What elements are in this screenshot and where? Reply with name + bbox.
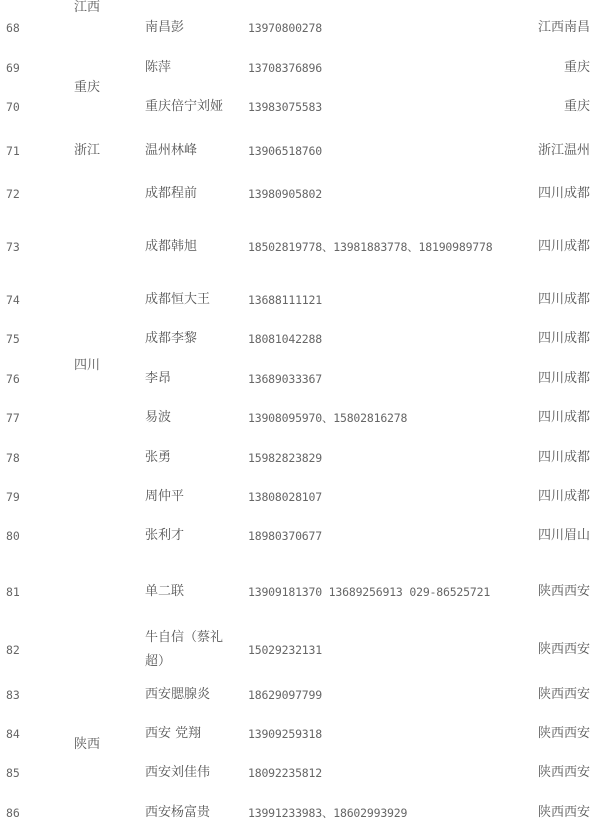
location: 江西南昌: [538, 19, 590, 37]
contact-name: 西安 党翔: [145, 725, 201, 743]
location: 四川成都: [538, 238, 590, 256]
contact-name: 张勇: [145, 449, 171, 467]
row-number: 76: [6, 370, 20, 388]
contact-name: 成都恒大王: [145, 291, 210, 309]
phone-number: 13689033367: [248, 370, 322, 388]
contact-name: 温州林峰: [145, 142, 197, 160]
row-number: 81: [6, 583, 20, 601]
province-label: 浙江: [74, 142, 100, 160]
contact-name: 单二联: [145, 583, 184, 601]
row-number: 78: [6, 449, 20, 467]
row-number: 86: [6, 804, 20, 822]
contact-name: 张利才: [145, 527, 184, 545]
phone-number: 13970800278: [248, 19, 322, 37]
contact-name: 成都韩旭: [145, 238, 197, 256]
location: 四川成都: [538, 488, 590, 506]
phone-number: 13688111121: [248, 291, 322, 309]
location: 陕西西安: [538, 804, 590, 822]
row-number: 80: [6, 527, 20, 545]
row-number: 71: [6, 142, 20, 160]
contact-name: 重庆倍宁刘娅: [145, 98, 223, 116]
location: 重庆: [564, 98, 590, 116]
row-number: 69: [6, 59, 20, 77]
phone-number: 18629097799: [248, 686, 322, 704]
phone-number: 15029232131: [248, 641, 322, 659]
location: 四川成都: [538, 185, 590, 203]
row-number: 77: [6, 409, 20, 427]
row-number: 73: [6, 238, 20, 256]
province-label: 重庆: [74, 79, 100, 97]
phone-number: 13808028107: [248, 488, 322, 506]
phone-number: 13983075583: [248, 98, 322, 116]
contact-name: 南昌彭: [145, 19, 184, 37]
province-label: 陕西: [74, 736, 100, 754]
contact-name: 成都李黎: [145, 330, 197, 348]
row-number: 74: [6, 291, 20, 309]
location: 四川成都: [538, 330, 590, 348]
location: 四川成都: [538, 291, 590, 309]
row-number: 70: [6, 98, 20, 116]
contact-name: 西安刘佳伟: [145, 764, 210, 782]
contact-name: 西安杨富贵: [145, 804, 210, 822]
row-number: 79: [6, 488, 20, 506]
contact-name: 成都程前: [145, 185, 197, 203]
phone-number: 13908095970、15802816278: [248, 409, 407, 427]
location: 四川眉山: [538, 527, 590, 545]
phone-number: 13708376896: [248, 59, 322, 77]
phone-number: 13909181370 13689256913 029-86525721: [248, 583, 490, 601]
row-number: 75: [6, 330, 20, 348]
contact-name: 易波: [145, 409, 171, 427]
contact-name: 牛自信（蔡礼超）: [145, 626, 237, 674]
contact-name: 西安腮腺炎: [145, 686, 210, 704]
phone-number: 13980905802: [248, 185, 322, 203]
location: 四川成都: [538, 449, 590, 467]
contact-name: 周仲平: [145, 488, 184, 506]
location: 陕西西安: [538, 686, 590, 704]
location: 重庆: [564, 59, 590, 77]
row-number: 68: [6, 19, 20, 37]
row-number: 82: [6, 641, 20, 659]
province-label: 四川: [74, 357, 100, 375]
location: 陕西西安: [538, 583, 590, 601]
row-number: 85: [6, 764, 20, 782]
phone-number: 13906518760: [248, 142, 322, 160]
location: 陕西西安: [538, 725, 590, 743]
row-number: 72: [6, 185, 20, 203]
phone-number: 13991233983、18602993929: [248, 804, 407, 822]
location: 陕西西安: [538, 641, 590, 659]
location: 四川成都: [538, 370, 590, 388]
phone-number: 18081042288: [248, 330, 322, 348]
contact-name: 陈萍: [145, 59, 171, 77]
phone-number: 18502819778、13981883778、18190989778: [248, 238, 492, 256]
location: 四川成都: [538, 409, 590, 427]
row-number: 84: [6, 725, 20, 743]
phone-number: 18092235812: [248, 764, 322, 782]
location: 陕西西安: [538, 764, 590, 782]
contact-name: 李昂: [145, 370, 171, 388]
phone-number: 13909259318: [248, 725, 322, 743]
location: 浙江温州: [538, 142, 590, 160]
phone-number: 18980370677: [248, 527, 322, 545]
row-number: 83: [6, 686, 20, 704]
province-label: 江西: [74, 0, 100, 17]
phone-number: 15982823829: [248, 449, 322, 467]
